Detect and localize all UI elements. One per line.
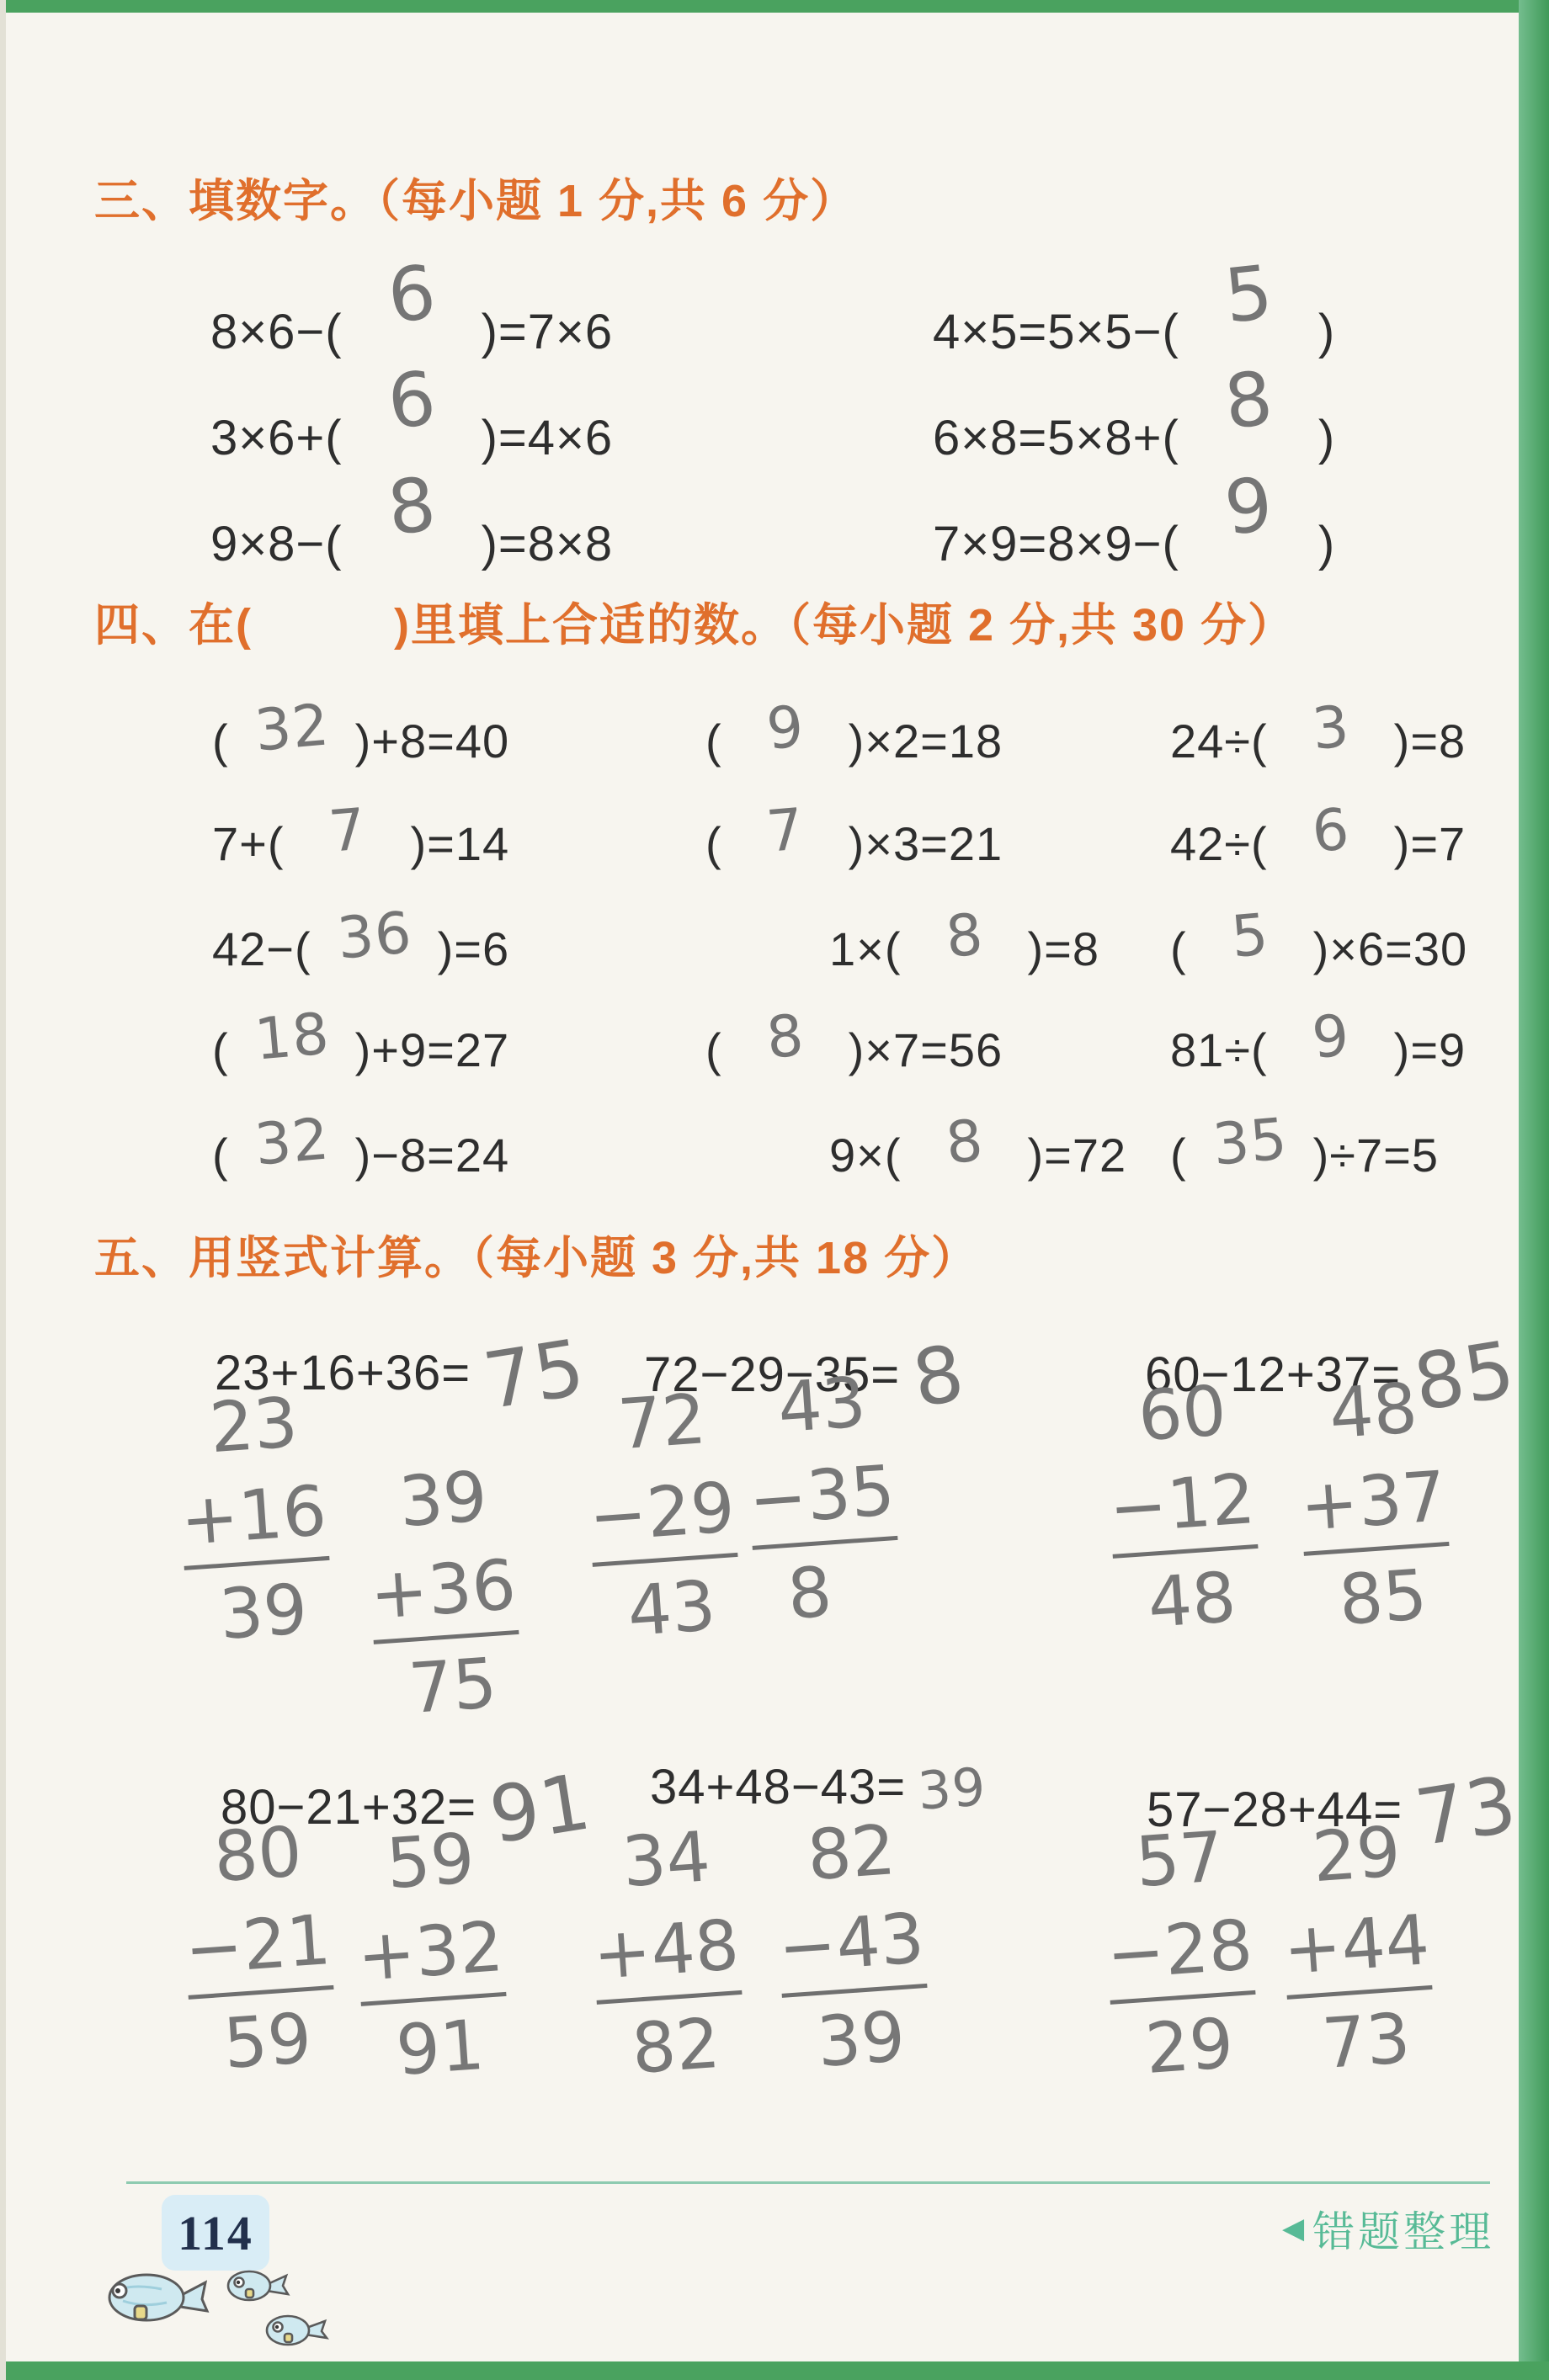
equation-text: 24÷( bbox=[1170, 715, 1268, 768]
work-result: 39 bbox=[184, 1556, 337, 1663]
handwritten-answer: 3 bbox=[1265, 690, 1397, 768]
work-operand: +32 bbox=[354, 1903, 506, 2002]
work-operand: −43 bbox=[775, 1894, 927, 1994]
work-result: 91 bbox=[361, 1992, 514, 2099]
equation: (8)×7=56 bbox=[705, 1014, 1003, 1081]
equation: 7×9=8×9−(9) bbox=[933, 491, 1335, 578]
equation: (9)×2=18 bbox=[705, 705, 1003, 772]
handwritten-answer: 8 bbox=[907, 1328, 971, 1425]
equation-text: 4×5=5×5−( bbox=[933, 305, 1179, 359]
work-result: 85 bbox=[1304, 1542, 1456, 1649]
equation: (5)×6=30 bbox=[1170, 913, 1467, 980]
equation-text: 34+48−43= bbox=[650, 1760, 906, 1814]
work-operand: +48 bbox=[590, 1901, 742, 2000]
handwritten-answer: 18 bbox=[226, 999, 357, 1076]
handwritten-answer: 9 bbox=[1265, 999, 1397, 1076]
work-operand: −12 bbox=[1106, 1455, 1258, 1554]
handwritten-answer: 9 bbox=[1175, 456, 1323, 557]
work-operand: +37 bbox=[1297, 1453, 1449, 1552]
equation-text: )=8×8 bbox=[482, 517, 614, 571]
mistake-collection-text: 错题整理 bbox=[1312, 2198, 1494, 2259]
equation-text: ( bbox=[212, 1129, 229, 1182]
worksheet-page: 三、填数字。（每小题 1 分,共 6 分） 8×6−(6)=7×6 4×5=5×… bbox=[0, 0, 1549, 2380]
scan-border-left bbox=[0, 0, 6, 2380]
column-work: 39+3675 bbox=[361, 1451, 526, 1737]
work-operand: +44 bbox=[1280, 1896, 1432, 1995]
handwritten-answer: 5 bbox=[1184, 898, 1315, 975]
work-top: 34 bbox=[584, 1811, 736, 1910]
equation-text: )=9 bbox=[1394, 1023, 1466, 1076]
handwritten-answer: 8 bbox=[898, 898, 1030, 975]
work-result: 8 bbox=[753, 1536, 905, 1643]
equation-text: )×2=18 bbox=[849, 715, 1003, 768]
handwritten-answer: 8 bbox=[719, 999, 850, 1076]
equation: (32)+8=40 bbox=[212, 705, 509, 772]
equation-text: 9×( bbox=[829, 1129, 902, 1182]
work-top: 82 bbox=[769, 1804, 921, 1904]
work-top: 39 bbox=[361, 1451, 513, 1550]
equation-text: ( bbox=[212, 1023, 229, 1076]
work-top: 60 bbox=[1100, 1365, 1252, 1464]
work-operand: +36 bbox=[367, 1541, 519, 1640]
equation-text: ( bbox=[705, 817, 722, 870]
equation-text: )=4×6 bbox=[482, 411, 614, 465]
column-work: 48+3785 bbox=[1291, 1363, 1456, 1649]
equation-text: 3×6+( bbox=[210, 411, 343, 465]
equation-text: )−8=24 bbox=[355, 1129, 510, 1182]
work-result: 82 bbox=[597, 1990, 749, 2097]
equation-text: )+9=27 bbox=[355, 1023, 510, 1076]
handwritten-answer: 36 bbox=[308, 898, 439, 975]
handwritten-answer: 8 bbox=[338, 456, 486, 557]
equation: 42÷(6)=7 bbox=[1170, 808, 1466, 874]
equation: (7)×3=21 bbox=[705, 808, 1003, 874]
work-operand: −29 bbox=[586, 1464, 737, 1563]
work-result: 43 bbox=[593, 1553, 745, 1660]
scan-border-right bbox=[1519, 0, 1549, 2380]
handwritten-answer: 6 bbox=[338, 244, 486, 345]
handwritten-answer: 75 bbox=[478, 1322, 591, 1426]
equation: 9×8−(8)=8×8 bbox=[210, 491, 613, 578]
work-top: 29 bbox=[1275, 1806, 1426, 1905]
equation: 7+(7)=14 bbox=[212, 808, 509, 874]
equation-text: )×3=21 bbox=[849, 817, 1003, 870]
work-result: 59 bbox=[189, 1985, 341, 2092]
equation-text: )=8 bbox=[1028, 922, 1100, 975]
section-four-title: 四、在( )里填上合适的数。（每小题 2 分,共 30 分） bbox=[94, 589, 1295, 654]
work-top: 23 bbox=[172, 1377, 323, 1476]
work-top: 80 bbox=[176, 1806, 327, 1905]
equation: 34+48−43=39 bbox=[650, 1755, 986, 1816]
column-work: 60−1248 bbox=[1100, 1365, 1265, 1651]
work-result: 29 bbox=[1110, 1990, 1263, 2097]
section-five-title: 五、用竖式计算。（每小题 3 分,共 18 分） bbox=[94, 1222, 978, 1287]
column-work: 34+4882 bbox=[584, 1811, 749, 2097]
footer-divider bbox=[126, 2181, 1490, 2184]
work-operand: −35 bbox=[746, 1447, 897, 1546]
column-work: 59+3291 bbox=[349, 1813, 514, 2099]
handwritten-answer: 5 bbox=[1175, 244, 1323, 345]
equation-text: 7×9=8×9−( bbox=[933, 517, 1179, 571]
work-top: 43 bbox=[740, 1357, 892, 1456]
equation-text: )=6 bbox=[438, 922, 510, 975]
work-top: 57 bbox=[1098, 1811, 1249, 1910]
work-top: 48 bbox=[1291, 1363, 1443, 1462]
work-operand: −28 bbox=[1104, 1901, 1255, 2000]
handwritten-answer: 39 bbox=[916, 1756, 988, 1821]
column-work: 43−358 bbox=[740, 1357, 905, 1643]
handwritten-answer: 32 bbox=[226, 690, 357, 768]
equation-text: )=8 bbox=[1394, 715, 1466, 768]
equation-text: 81÷( bbox=[1170, 1023, 1268, 1076]
equation: (35)÷7=5 bbox=[1170, 1119, 1439, 1186]
equation-text: 6×8=5×8+( bbox=[933, 411, 1179, 465]
equation-text: ( bbox=[705, 715, 722, 768]
handwritten-answer: 35 bbox=[1184, 1104, 1315, 1182]
handwritten-answer: 7 bbox=[719, 793, 850, 870]
handwritten-answer: 8 bbox=[898, 1104, 1030, 1182]
work-result: 75 bbox=[374, 1630, 526, 1737]
work-result: 48 bbox=[1113, 1544, 1265, 1651]
equation-text: 9×8−( bbox=[210, 517, 343, 571]
equation-text: ( bbox=[705, 1023, 722, 1076]
handwritten-answer: 8 bbox=[1175, 350, 1323, 451]
handwritten-answer: 91 bbox=[484, 1756, 597, 1861]
section-three-title: 三、填数字。（每小题 1 分,共 6 分） bbox=[94, 165, 857, 230]
work-result: 39 bbox=[782, 1984, 934, 2090]
mistake-collection-label: ◀ 错题整理 bbox=[1282, 2198, 1494, 2259]
column-work: 80−2159 bbox=[176, 1806, 341, 2092]
work-top: 59 bbox=[349, 1813, 500, 1912]
equation-text: 42÷( bbox=[1170, 817, 1268, 870]
equation: 8×6−(6)=7×6 bbox=[210, 279, 613, 366]
equation: 42−(36)=6 bbox=[212, 913, 509, 980]
equation: 24÷(3)=8 bbox=[1170, 705, 1466, 772]
work-top: 72 bbox=[580, 1373, 732, 1473]
equation-text: )=14 bbox=[411, 817, 510, 870]
equation-text: 7+( bbox=[212, 817, 285, 870]
fish-icon bbox=[94, 2257, 338, 2371]
equation-text: ( bbox=[1170, 1129, 1187, 1182]
work-operand: −21 bbox=[182, 1896, 333, 1995]
column-work: 82−4339 bbox=[769, 1804, 934, 2090]
equation: 81÷(9)=9 bbox=[1170, 1014, 1466, 1081]
equation-text: )=7×6 bbox=[482, 305, 614, 359]
handwritten-answer: 6 bbox=[338, 350, 486, 451]
scan-border-top bbox=[0, 0, 1549, 13]
equation: (18)+9=27 bbox=[212, 1014, 509, 1081]
equation-text: ( bbox=[1170, 922, 1187, 975]
handwritten-answer: 7 bbox=[281, 793, 413, 870]
column-work: 72−2943 bbox=[580, 1373, 745, 1660]
equation-text: )÷7=5 bbox=[1313, 1129, 1439, 1182]
handwritten-answer: 73 bbox=[1410, 1759, 1523, 1863]
handwritten-answer: 6 bbox=[1265, 793, 1397, 870]
column-work: 23+1639 bbox=[172, 1377, 337, 1663]
equation: 3×6+(6)=4×6 bbox=[210, 385, 613, 472]
equation-text: )×6=30 bbox=[1313, 922, 1468, 975]
equation-text: )+8=40 bbox=[355, 715, 510, 768]
column-work: 29+4473 bbox=[1275, 1806, 1440, 2092]
equation-text: ( bbox=[212, 715, 229, 768]
work-result: 73 bbox=[1287, 1985, 1440, 2092]
equation-text: 42−( bbox=[212, 922, 311, 975]
equation-text: )×7=56 bbox=[849, 1023, 1003, 1076]
handwritten-answer: 32 bbox=[226, 1104, 357, 1182]
equation-text: 1×( bbox=[829, 922, 902, 975]
triangle-left-icon: ◀ bbox=[1282, 2212, 1307, 2245]
equation-text: )=7 bbox=[1394, 817, 1466, 870]
fish-illustration bbox=[94, 2257, 338, 2367]
equation: (32)−8=24 bbox=[212, 1119, 509, 1186]
equation-text: )=72 bbox=[1028, 1129, 1127, 1182]
page-number: 114 bbox=[178, 2205, 253, 2261]
column-work: 57−2829 bbox=[1098, 1811, 1263, 2097]
equation-text: 8×6−( bbox=[210, 305, 343, 359]
handwritten-answer: 9 bbox=[719, 690, 850, 768]
work-operand: +16 bbox=[178, 1467, 329, 1566]
equation: 9×(8)=72 bbox=[829, 1119, 1126, 1186]
equation: 1×(8)=8 bbox=[829, 913, 1099, 980]
